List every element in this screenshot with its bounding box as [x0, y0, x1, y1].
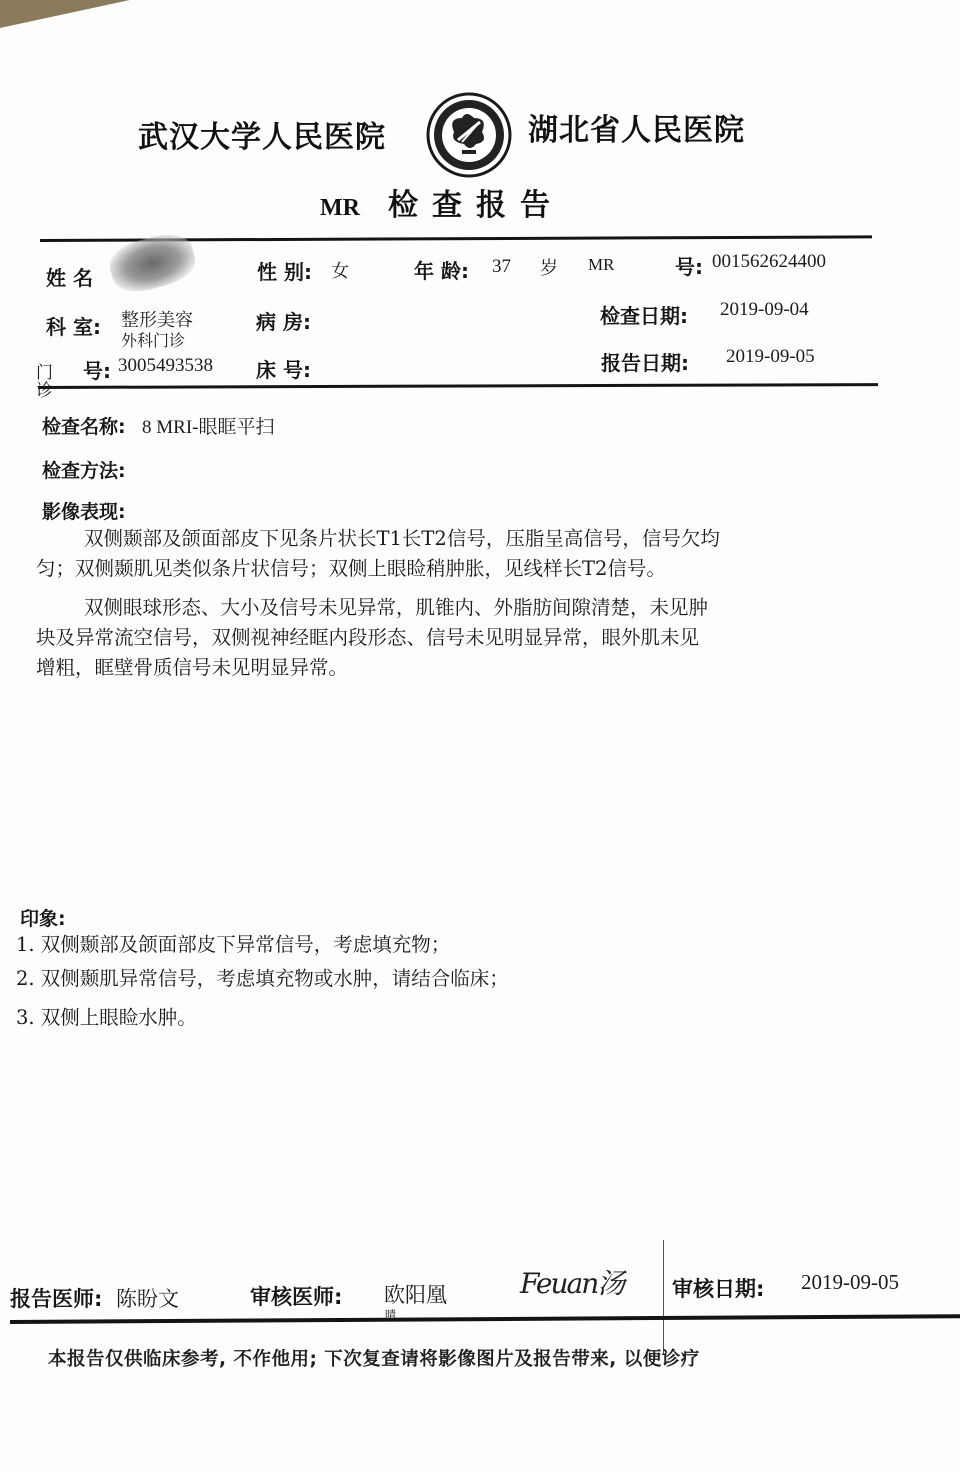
department-value-line2: 外科门诊 [121, 328, 185, 351]
impression-item: 2. 双侧颞肌异常信号，考虑填充物或水肿，请结合临床； [16, 963, 509, 994]
info-divider [38, 383, 878, 389]
signature-divider [10, 1314, 960, 1324]
outpatient-number-value: 3005493538 [118, 355, 213, 377]
impression-item: 1. 双侧颞部及颌面部皮下异常信号，考虑填充物； [16, 929, 450, 960]
findings-line: 增粗，眶壁骨质信号未见明显异常。 [36, 652, 348, 683]
review-date-value: 2019-09-05 [801, 1270, 899, 1295]
report-doctor-value: 陈盼文 [116, 1283, 179, 1313]
report-date-label: 报告日期: [601, 347, 689, 376]
hospital-name-right: 湖北省人民医院 [528, 105, 745, 149]
gender-value: 女 [331, 257, 349, 283]
findings-line: 块及异常流空信号，双侧视神经眶内段形态、信号未见明显异常，眼外肌未见 [36, 622, 699, 653]
exam-method-label: 检查方法: [42, 456, 126, 483]
gender-label: 性 别: [257, 256, 312, 285]
footer-disclaimer: 本报告仅供临床参考, 不作他用; 下次复查请将影像图片及报告带来, 以便诊疗 [48, 1345, 700, 1371]
hospital-name-left: 武汉大学人民医院 [138, 112, 386, 156]
background-table-corner [0, 0, 130, 28]
bed-label: 床 号: [256, 354, 311, 383]
findings-line: 双侧眼球形态、大小及信号未见异常，肌锥内、外脂肪间隙清楚，未见肿 [84, 592, 708, 623]
review-doctor-value-line1: 欧阳凰 [384, 1279, 447, 1309]
findings-line: 匀；双侧颞肌见类似条片状信号；双侧上眼睑稍肿胀，见线样长T2信号。 [36, 553, 666, 584]
exam-date-value: 2019-09-04 [720, 299, 809, 321]
mr-number-label: 号: [675, 251, 703, 280]
signature-divider-vertical [663, 1240, 664, 1355]
age-unit: 岁 [540, 254, 558, 280]
handwritten-signature: Feuan汤 [520, 1262, 623, 1302]
ward-label: 病 房: [256, 306, 311, 335]
mr-label: MR [588, 255, 614, 275]
report-title-text: 检查报告 [388, 188, 564, 223]
impression-item: 3. 双侧上眼睑水肿。 [16, 1002, 197, 1033]
exam-name-value: 8 MRI-眼眶平扫 [142, 412, 274, 439]
review-doctor-label: 审核医师: [250, 1281, 342, 1311]
mr-number-value: 001562624400 [712, 251, 826, 273]
name-label: 姓 名 [46, 262, 93, 291]
report-title-prefix: MR [320, 195, 360, 221]
age-value: 37 [492, 256, 511, 278]
department-label: 科 室: [46, 311, 101, 340]
report-title: MR检查报告 [320, 180, 564, 224]
report-date-value: 2019-09-05 [726, 346, 815, 368]
exam-date-label: 检查日期: [600, 300, 688, 329]
age-label: 年 龄: [414, 255, 469, 284]
outpatient-number-label: 号: [83, 355, 111, 384]
findings-line: 双侧颞部及颌面部皮下见条片状长T1长T2信号，压脂呈高信号，信号欠均 [84, 523, 720, 554]
report-doctor-label: 报告医师: [10, 1283, 102, 1313]
exam-name-label: 检查名称: [42, 412, 126, 439]
hospital-emblem-icon [424, 92, 514, 178]
review-date-label: 审核日期: [672, 1273, 764, 1303]
findings-label: 影像表现: [42, 497, 126, 524]
impression-label: 印象: [20, 904, 66, 931]
